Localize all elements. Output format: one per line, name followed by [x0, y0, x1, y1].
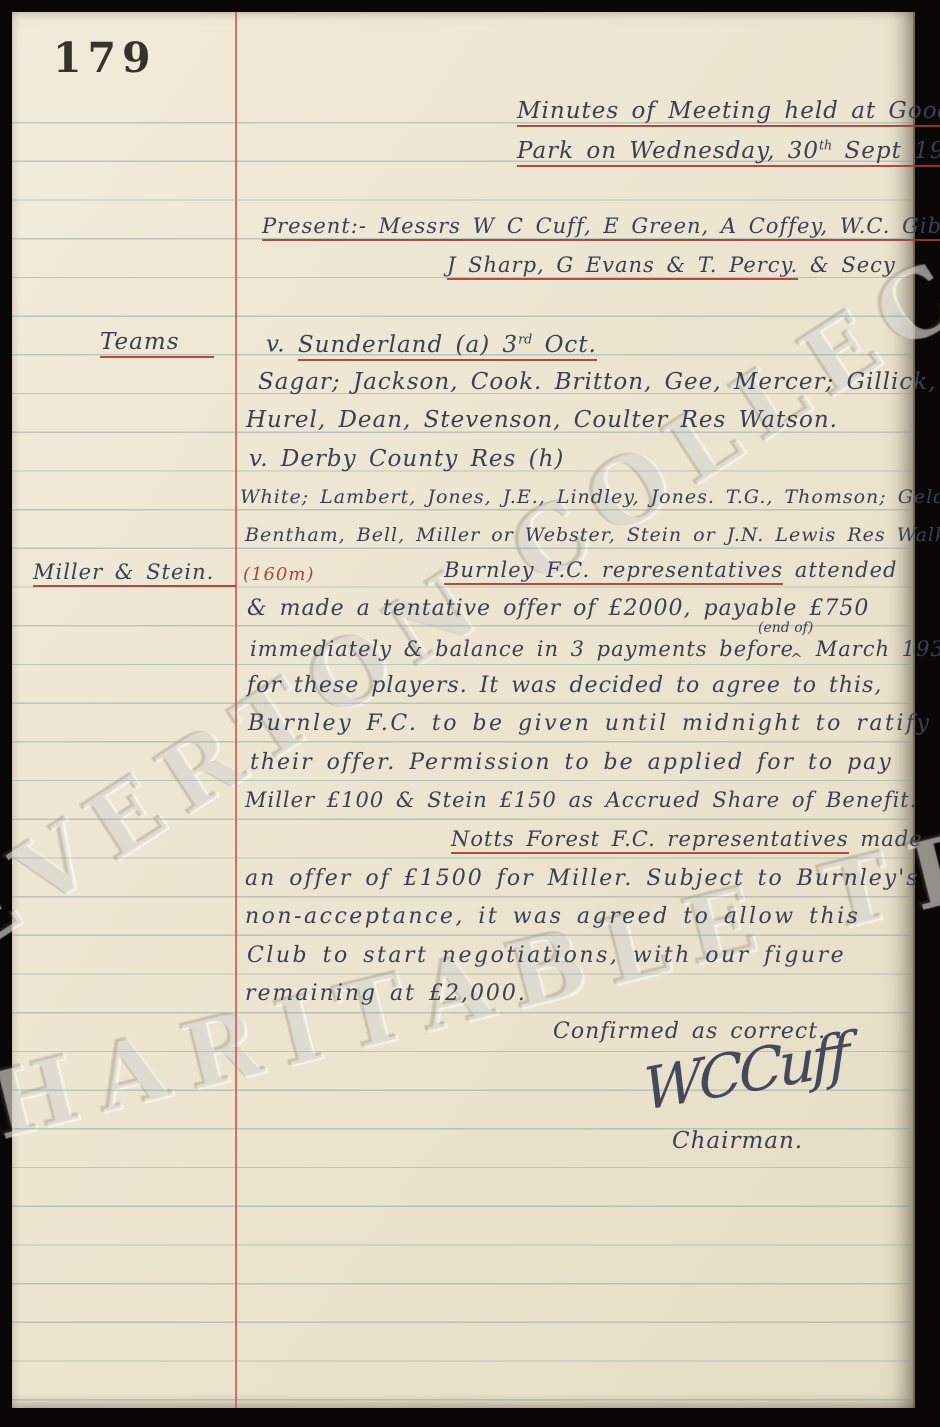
- minute-line: remaining at £2,000.: [245, 981, 527, 1006]
- minute-line: Notts Forest F.C. representatives made: [451, 827, 923, 851]
- fixture-derby-line: v. Derby County Res (h): [249, 446, 564, 472]
- present-line-2: J Sharp, G Evans & T. Percy. & Secy: [447, 253, 896, 277]
- minute-line: non-acceptance, it was agreed to allow t…: [245, 904, 860, 929]
- header-line-2-text: Park on Wednesday, 30th Sept 1936.: [517, 138, 940, 167]
- minute-line: Burnley F.C. to be given until midnight …: [248, 711, 931, 736]
- margin-label-miller-stein-text: Miller & Stein.: [33, 560, 236, 587]
- lineup-line: Hurel, Dean, Stevenson, Coulter Res Wats…: [246, 407, 838, 433]
- lineup-line: Sagar; Jackson, Cook. Britton, Gee, Merc…: [258, 369, 937, 395]
- present-line-2-rest: & Secy: [798, 253, 895, 277]
- present-line-1-text: Present:- Messrs W C Cuff, E Green, A Co…: [262, 214, 940, 241]
- minute-line: for these players. It was decided to agr…: [247, 673, 882, 698]
- minute-line: Burnley F.C. representatives attended: [444, 558, 897, 582]
- header-line-1: Minutes of Meeting held at Goodison: [517, 98, 940, 124]
- header-line-2: Park on Wednesday, 30th Sept 1936.: [517, 137, 940, 164]
- fixture-sunderland-post: Oct.: [532, 332, 597, 358]
- minute-line: Miller £100 & Stein £150 as Accrued Shar…: [245, 788, 917, 812]
- margin-label-miller-stein: Miller & Stein.: [33, 560, 236, 584]
- burnley-underlined-text: Burnley F.C. representatives: [444, 558, 783, 585]
- lineup-line: Bentham, Bell, Miller or Webster, Stein …: [245, 524, 940, 546]
- minute-line-post-insert: March 1937,: [804, 637, 940, 661]
- notts-forest-underlined-text: Notts Forest F.C. representatives: [451, 827, 849, 854]
- minute-line: an offer of £1500 for Miller. Subject to…: [245, 866, 920, 891]
- margin-label-teams: Teams: [100, 329, 214, 355]
- insertion-caret: ^: [790, 650, 804, 668]
- header-date-post: Sept 1936.: [832, 138, 940, 164]
- page-number-stamp: 179: [53, 34, 157, 82]
- minute-line: Club to start negotiations, with our fig…: [247, 943, 846, 968]
- lineup-line: White; Lambert, Jones, J.E., Lindley, Jo…: [240, 486, 940, 508]
- header-date-ordinal: th: [819, 137, 832, 152]
- margin-label-teams-text: Teams: [100, 329, 214, 358]
- red-reference-note: (160m): [243, 564, 314, 585]
- insertion-note: (end of): [758, 620, 813, 636]
- signature-role: Chairman.: [672, 1128, 803, 1154]
- fixture-date-ordinal: rd: [518, 331, 532, 346]
- header-line-1-text: Minutes of Meeting held at Goodison: [517, 98, 940, 127]
- present-line-1: Present:- Messrs W C Cuff, E Green, A Co…: [262, 214, 940, 238]
- minute-line: & made a tentative offer of £2000, payab…: [247, 596, 869, 621]
- fixture-sunderland-text: Sunderland (a) 3rd Oct.: [298, 332, 597, 361]
- minute-line-with-insertion: immediately & balance in 3 payments befo…: [250, 635, 940, 661]
- scanned-minute-book-page: THE EVERTON COLLECTION CHARITABLE TRUST …: [0, 0, 940, 1427]
- header-date-pre: Park on Wednesday, 30: [517, 138, 819, 164]
- fixture-sunderland-line: v. Sunderland (a) 3rd Oct.: [266, 331, 597, 358]
- minute-line: their offer. Permission to be applied fo…: [250, 750, 893, 775]
- minute-line-pre-insert: immediately & balance in 3 payments befo…: [250, 637, 794, 661]
- insertion-mark: (end of)^: [794, 635, 804, 656]
- present-line-2-underlined: J Sharp, G Evans & T. Percy.: [447, 253, 798, 280]
- red-margin-rule: [235, 12, 237, 1408]
- burnley-rest-text: attended: [783, 558, 897, 582]
- fixture-sunderland-pre: Sunderland (a) 3: [298, 332, 518, 358]
- fixture-versus: v.: [266, 332, 298, 358]
- notts-forest-rest-text: made: [849, 827, 923, 851]
